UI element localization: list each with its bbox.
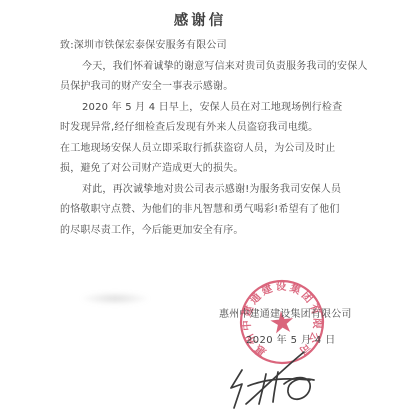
letter-line: 今天，我们怀着诚挚的谢意写信来对贵司负责服务我司的安保人	[60, 57, 352, 78]
letter-body: 致:深圳市铁保宏泰保安服务有限公司今天，我们怀着诚挚的谢意写信来对贵司负责服务我…	[60, 36, 352, 241]
letter-line: 在工地现场安保人员立即采取行抓获盗窃人员，为公司及时止	[60, 139, 352, 160]
letter-page: 感谢信 致:深圳市铁保宏泰保安服务有限公司今天，我们怀着诚挚的谢意写信来对贵司负…	[0, 0, 400, 415]
letter-line: 员保护我司的财产安全一事表示感谢。	[60, 77, 352, 98]
letter-line: 致:深圳市铁保宏泰保安服务有限公司	[60, 36, 352, 57]
letter-line: 2020 年 5 月 4 日早上，安保人员在对工地现场例行检查	[60, 98, 352, 119]
letter-line: 的尽职尽责工作，今后能更加安全有序。	[60, 221, 352, 242]
letter-line: 的恪敬职守点赞、为他们的非凡智慧和勇气喝彩!希望有了他们	[60, 200, 352, 221]
ink-bleed-smudge	[80, 292, 150, 305]
letter-line: 对此，再次诚挚地对贵公司表示感谢!为服务我司安保人员	[60, 180, 352, 201]
letter-line: 时发现异常,经仔细检查后发现有外来人员盗窃我司电缆。	[60, 118, 352, 139]
signoff-company: 惠州中建通建设集团有限公司	[219, 305, 352, 320]
letter-title: 感谢信	[0, 0, 400, 30]
letter-line: 损，避免了对公司财产造成更大的损失。	[60, 159, 352, 180]
handwritten-signature	[226, 350, 326, 414]
signoff-date: 2020 年 5 月 4 日	[246, 331, 336, 346]
